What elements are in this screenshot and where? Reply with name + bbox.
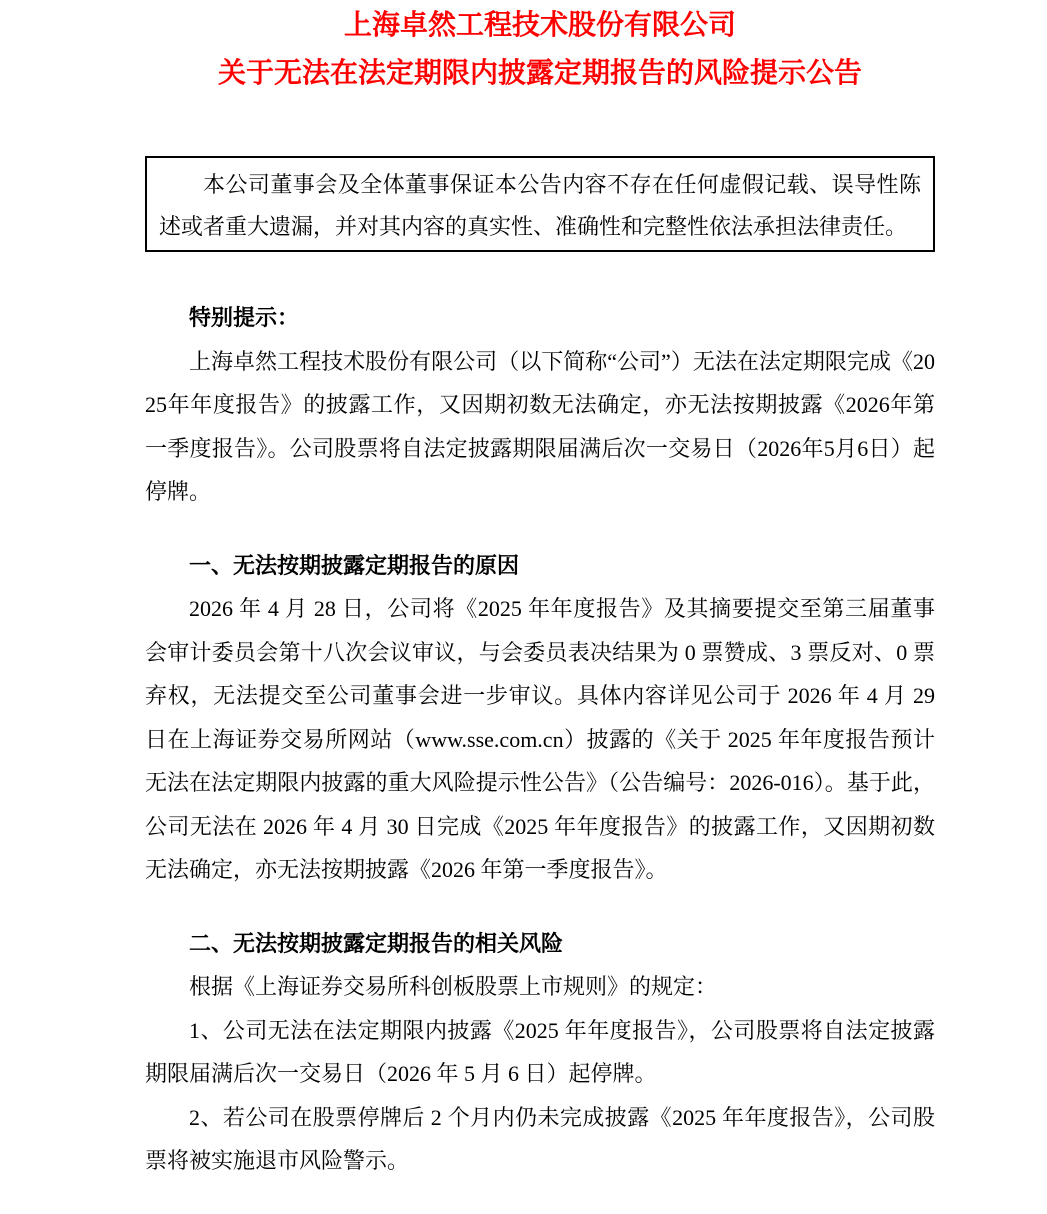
announcement-document: 上海卓然工程技术股份有限公司 关于无法在法定期限内披露定期报告的风险提示公告 本… [0,0,1047,1214]
announcement-title: 关于无法在法定期限内披露定期报告的风险提示公告 [145,56,935,90]
special-notice-body: 上海卓然工程技术股份有限公司（以下简称“公司”）无法在法定期限完成《2025年年… [145,340,935,514]
section-2-paragraph-2: 1、公司无法在法定期限内披露《2025 年年度报告》，公司股票将自法定披露期限届… [145,1009,935,1096]
company-name-title: 上海卓然工程技术股份有限公司 [145,8,935,42]
section-2-paragraph-1: 根据《上海证券交易所科创板股票上市规则》的规定： [145,965,935,1009]
section-2-paragraph-3: 2、若公司在股票停牌后 2 个月内仍未完成披露《2025 年年度报告》，公司股票… [145,1096,935,1183]
section-2-heading: 二、无法按期披露定期报告的相关风险 [145,922,935,966]
special-notice-heading: 特别提示： [145,296,935,340]
board-disclaimer-box: 本公司董事会及全体董事保证本公告内容不存在任何虚假记载、误导性陈述或者重大遗漏，… [145,156,935,252]
section-1-paragraph-1: 2026 年 4 月 28 日，公司将《2025 年年度报告》及其摘要提交至第三… [145,587,935,892]
board-disclaimer-text: 本公司董事会及全体董事保证本公告内容不存在任何虚假记载、误导性陈述或者重大遗漏，… [159,164,921,248]
section-1-heading: 一、无法按期披露定期报告的原因 [145,544,935,588]
